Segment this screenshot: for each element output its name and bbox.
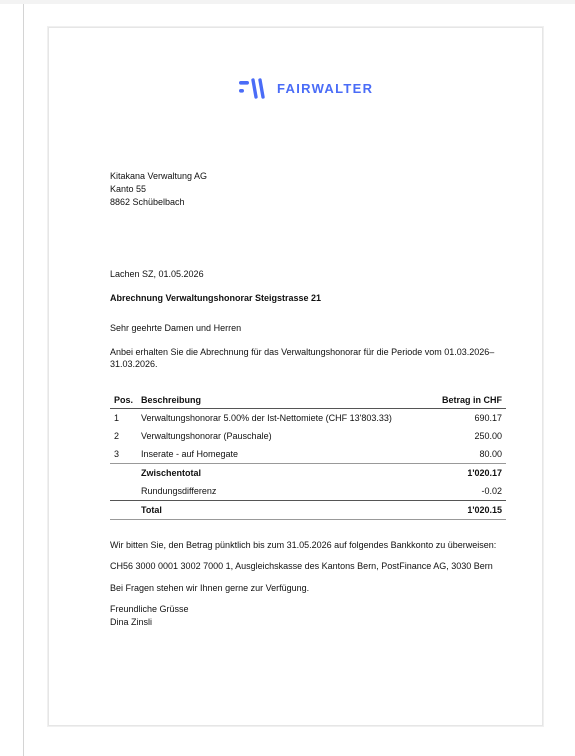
closing: Freundliche Grüsse [110,603,189,616]
row-pos: 2 [110,427,141,445]
total-amount: 1'020.15 [432,501,506,520]
row-amount: 250.00 [432,427,506,445]
left-divider [23,4,24,756]
row-description: Verwaltungshonorar (Pauschale) [141,427,432,445]
table-header-row: Pos. Beschreibung Betrag in CHF [110,391,506,409]
table-row: 2 Verwaltungshonorar (Pauschale) 250.00 [110,427,506,445]
signature: Dina Zinsli [110,616,152,629]
row-amount: 80.00 [432,445,506,464]
total-label: Total [141,501,432,520]
header-description: Beschreibung [141,391,432,409]
subtotal-amount: 1'020.17 [432,464,506,483]
recipient-street: Kanto 55 [110,183,146,196]
questions-note: Bei Fragen stehen wir Ihnen gerne zur Ve… [110,582,309,595]
fee-table: Pos. Beschreibung Betrag in CHF 1 Verwal… [110,391,506,520]
row-pos: 3 [110,445,141,464]
table-row: 1 Verwaltungshonorar 5.00% der Ist-Netto… [110,409,506,428]
row-description: Verwaltungshonorar 5.00% der Ist-Nettomi… [141,409,432,428]
subtotal-row: Zwischentotal 1'020.17 [110,464,506,483]
rounding-row: Rundungsdifferenz -0.02 [110,482,506,501]
recipient-name: Kitakana Verwaltung AG [110,170,207,183]
row-pos: 1 [110,409,141,428]
salutation: Sehr geehrte Damen und Herren [110,322,241,335]
rounding-amount: -0.02 [432,482,506,501]
fairwalter-logo-icon [238,77,268,99]
top-bar [0,0,575,4]
rounding-label: Rundungsdifferenz [141,482,432,501]
recipient-city: 8862 Schübelbach [110,196,185,209]
bank-account: CH56 3000 0001 3002 7000 1, Ausgleichska… [110,560,493,573]
intro-text-line1: Anbei erhalten Sie die Abrechnung für da… [110,346,494,359]
place-date: Lachen SZ, 01.05.2026 [110,268,204,281]
payment-request: Wir bitten Sie, den Betrag pünktlich bis… [110,539,496,552]
header-pos: Pos. [110,391,141,409]
total-row: Total 1'020.15 [110,501,506,520]
brand-name: FAIRWALTER [277,81,373,96]
row-description: Inserate - auf Homegate [141,445,432,464]
brand-logo: FAIRWALTER [238,76,373,100]
intro-text-line2: 31.03.2026. [110,358,158,371]
header-amount: Betrag in CHF [432,391,506,409]
subtotal-label: Zwischentotal [141,464,432,483]
row-amount: 690.17 [432,409,506,428]
subject-line: Abrechnung Verwaltungshonorar Steigstras… [110,292,321,305]
table-row: 3 Inserate - auf Homegate 80.00 [110,445,506,464]
